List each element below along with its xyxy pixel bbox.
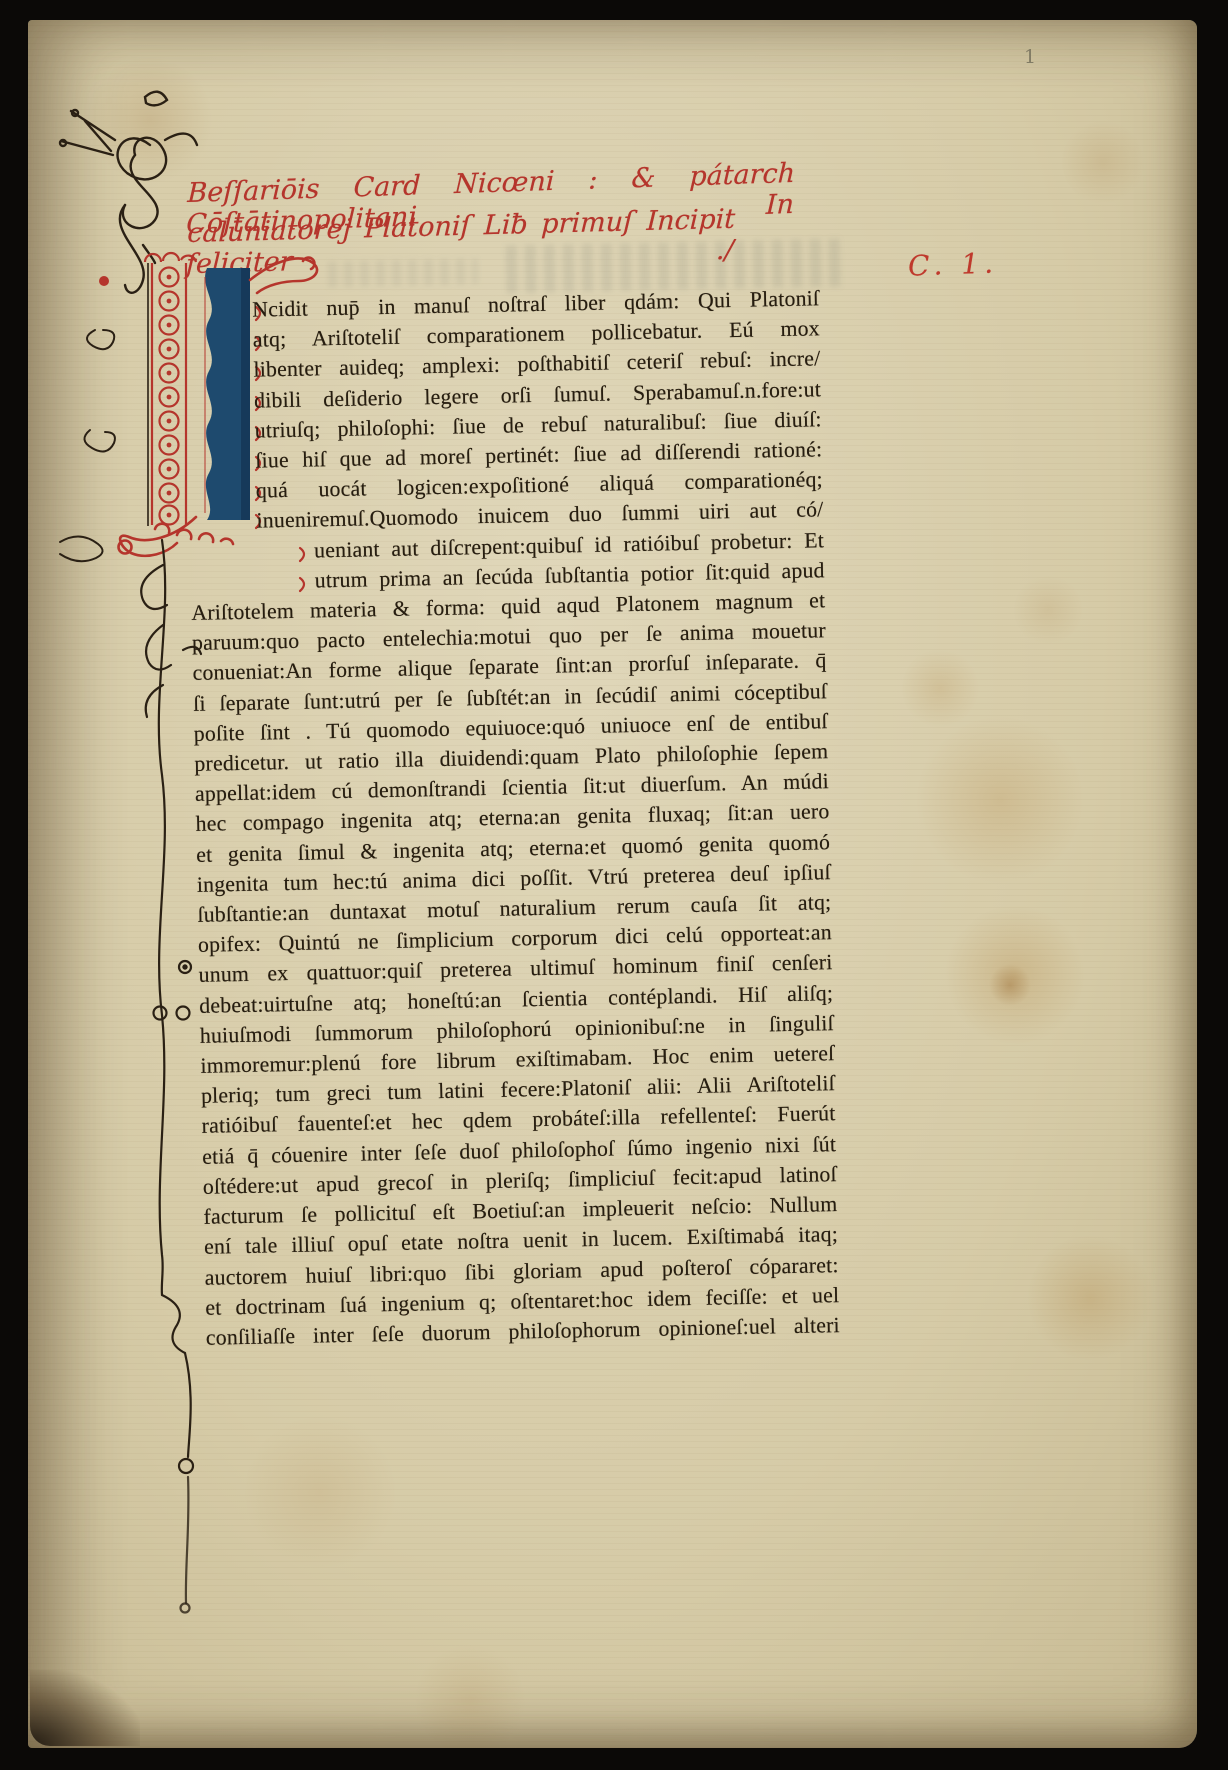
manuscript-scan: 1 Beſſariōis Card Nicœni : & pátarch Cōſ…	[0, 0, 1228, 1770]
book-page: 1 Beſſariōis Card Nicœni : & pátarch Cōſ…	[28, 20, 1197, 1748]
margin-doodles	[60, 330, 115, 561]
body-text-block: Ncidit nup̄ in manuſ noſtraſ liber qdám:…	[185, 283, 840, 1353]
descender-stem	[141, 540, 201, 1613]
page-corner-shadow	[30, 1670, 140, 1746]
chapter-mark: C. 1.	[907, 246, 998, 282]
folio-number: 1	[1024, 46, 1064, 68]
knotwork-headpiece	[60, 92, 197, 293]
